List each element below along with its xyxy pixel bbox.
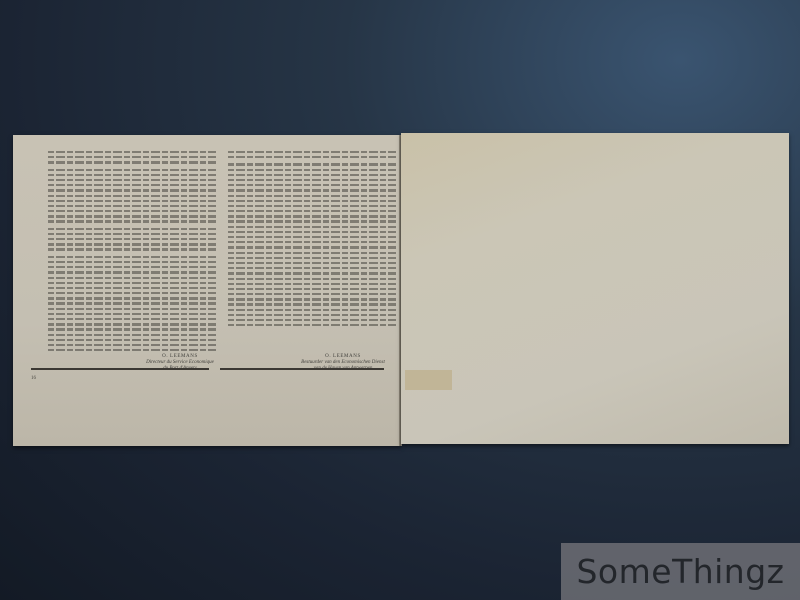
right-page-blank	[401, 133, 789, 444]
paragraph	[228, 151, 396, 158]
paragraph	[48, 151, 216, 164]
page-number: 16	[31, 376, 36, 381]
left-page: O. LEEMANS Directeur du Service Economiq…	[13, 135, 401, 446]
open-booklet: O. LEEMANS Directeur du Service Economiq…	[13, 135, 789, 446]
paragraph	[48, 228, 216, 251]
french-text-column	[48, 148, 216, 356]
watermark: SomeThingz	[561, 543, 800, 600]
footer-rule	[31, 368, 209, 370]
watermark-text: SomeThingz	[576, 552, 784, 591]
paragraph	[228, 163, 396, 326]
footer-rule	[220, 368, 384, 370]
tape-residue	[405, 370, 452, 390]
dutch-text-column	[228, 148, 396, 331]
paragraph	[48, 256, 216, 352]
paragraph	[48, 169, 216, 223]
